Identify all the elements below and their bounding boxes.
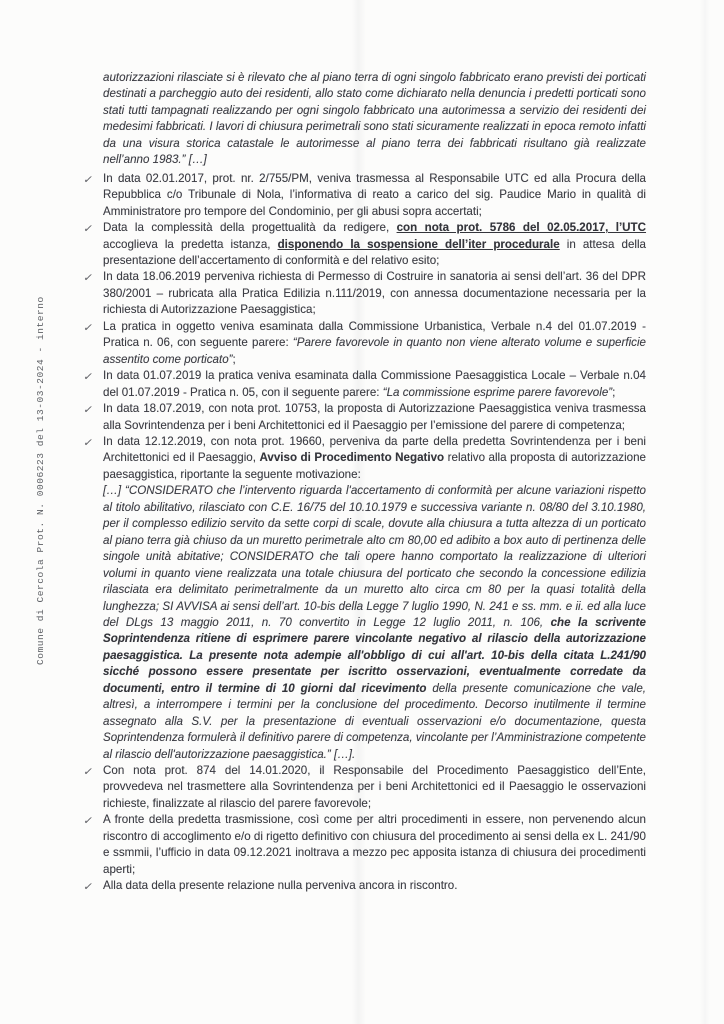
checkmark-icon: ✓ — [83, 270, 92, 286]
list-item: ✓ Alla data della presente relazione nul… — [103, 878, 646, 894]
list-item-paragraph: In data 02.01.2017, prot. nr. 2/755/PM, … — [103, 171, 646, 220]
list-item-text: In data 01.07.2019 la pratica veniva esa… — [103, 368, 646, 401]
checkmark-icon: ✓ — [83, 879, 92, 895]
list-item: ✓ La pratica in oggetto veniva esaminata… — [103, 319, 646, 368]
list-item-text: In data 18.07.2019, con nota prot. 10753… — [103, 401, 646, 434]
list-item: ✓ A fronte della predetta trasmissione, … — [103, 812, 646, 878]
checkmark-list: ✓ In data 02.01.2017, prot. nr. 2/755/PM… — [103, 171, 646, 895]
protocol-stamp: Comune di Cercola Prot. N. 0006223 del 1… — [30, 296, 48, 665]
list-item: ✓ Data la complessità della progettualit… — [103, 220, 646, 269]
checkmark-icon: ✓ — [83, 435, 92, 451]
checkmark-icon: ✓ — [83, 813, 92, 829]
list-item-text: Con nota prot. 874 del 14.01.2020, il Re… — [103, 763, 646, 812]
scan-artifact-streak-right — [700, 0, 710, 1024]
list-item-paragraph: In data 01.07.2019 la pratica veniva esa… — [103, 368, 646, 401]
list-item: ✓ In data 12.12.2019, con nota prot. 196… — [103, 434, 646, 763]
checkmark-icon: ✓ — [83, 172, 92, 188]
list-item-paragraph: Data la complessità della progettualità … — [103, 220, 646, 269]
intro-quoted-paragraph: autorizzazioni rilasciate si è rilevato … — [103, 70, 646, 169]
list-item-text: In data 12.12.2019, con nota prot. 19660… — [103, 434, 646, 763]
checkmark-icon: ✓ — [83, 402, 92, 418]
checkmark-icon: ✓ — [83, 764, 92, 780]
list-item-paragraph: Alla data della presente relazione nulla… — [103, 878, 646, 894]
checkmark-icon: ✓ — [83, 221, 92, 237]
list-item-text: A fronte della predetta trasmissione, co… — [103, 812, 646, 878]
list-item: ✓ In data 18.07.2019, con nota prot. 107… — [103, 401, 646, 434]
protocol-stamp-text: Comune di Cercola Prot. N. 0006223 del 1… — [35, 296, 46, 665]
checkmark-icon: ✓ — [83, 320, 92, 336]
list-item-text: In data 18.06.2019 perveniva richiesta d… — [103, 269, 646, 318]
list-item-paragraph: In data 12.12.2019, con nota prot. 19660… — [103, 434, 646, 483]
list-item-text: La pratica in oggetto veniva esaminata d… — [103, 319, 646, 368]
list-item-text: Data la complessità della progettualità … — [103, 220, 646, 269]
document-content: autorizzazioni rilasciate si è rilevato … — [103, 70, 646, 895]
list-item-paragraph: […] “CONSIDERATO che l’intervento riguar… — [103, 483, 646, 763]
list-item: ✓ Con nota prot. 874 del 14.01.2020, il … — [103, 763, 646, 812]
list-item: ✓ In data 02.01.2017, prot. nr. 2/755/PM… — [103, 171, 646, 220]
list-item-paragraph: La pratica in oggetto veniva esaminata d… — [103, 319, 646, 368]
scanned-document-page: Comune di Cercola Prot. N. 0006223 del 1… — [0, 0, 724, 1024]
list-item-paragraph: A fronte della predetta trasmissione, co… — [103, 812, 646, 878]
list-item: ✓ In data 18.06.2019 perveniva richiesta… — [103, 269, 646, 318]
list-item-text: Alla data della presente relazione nulla… — [103, 878, 646, 894]
checkmark-icon: ✓ — [83, 369, 92, 385]
list-item-paragraph: In data 18.06.2019 perveniva richiesta d… — [103, 269, 646, 318]
list-item-paragraph: In data 18.07.2019, con nota prot. 10753… — [103, 401, 646, 434]
list-item: ✓ In data 01.07.2019 la pratica veniva e… — [103, 368, 646, 401]
list-item-paragraph: Con nota prot. 874 del 14.01.2020, il Re… — [103, 763, 646, 812]
list-item-text: In data 02.01.2017, prot. nr. 2/755/PM, … — [103, 171, 646, 220]
